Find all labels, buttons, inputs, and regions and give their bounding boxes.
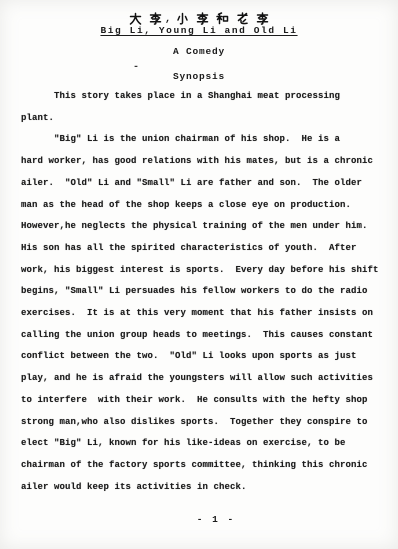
- hanzi-lao-glyph: [236, 12, 249, 25]
- body-line: hard worker, has good relations with his…: [21, 151, 380, 173]
- body-line: ailer would keep its activities in check…: [21, 477, 380, 499]
- body-line: elect "Big" Li, known for his like-ideas…: [21, 433, 380, 455]
- body-line: calling the union group heads to meeting…: [21, 325, 380, 347]
- body-line: "Big" Li is the union chairman of his sh…: [21, 129, 380, 151]
- chinese-comma: ,: [165, 15, 171, 25]
- hanzi-xiao-glyph: [176, 12, 189, 25]
- page-number: - 1 -: [0, 514, 398, 525]
- body-line: plant.: [21, 108, 380, 130]
- body-line: exercises. It is at this very moment tha…: [21, 303, 380, 325]
- body-line: However,he neglects the physical trainin…: [21, 216, 380, 238]
- hanzi-he-glyph: [216, 12, 229, 25]
- body-line: ailer. "Old" Li and "Small" Li are fathe…: [21, 173, 380, 195]
- body-line: begins, "Small" Li persuades his fellow …: [21, 281, 380, 303]
- section-heading: Synopsis: [0, 71, 398, 82]
- body-line: chairman of the factory sports committee…: [21, 455, 380, 477]
- hanzi-li-glyph: [256, 12, 269, 25]
- hanzi-li-glyph: [149, 12, 162, 25]
- document-subtitle: A Comedy: [0, 46, 398, 57]
- body-line: work, his biggest interest is sports. Ev…: [21, 260, 380, 282]
- body-line: conflict between the two. "Old" Li looks…: [21, 346, 380, 368]
- document-page: , Big Li, Young Li and Old Li A Comedy -…: [0, 0, 398, 549]
- synopsis-body: This story takes place in a Shanghai mea…: [21, 86, 380, 498]
- document-title: Big Li, Young Li and Old Li: [0, 25, 398, 36]
- body-line: man as the head of the shop keeps a clos…: [21, 195, 380, 217]
- chinese-title: ,: [0, 10, 398, 25]
- body-line: to interfere with their work. He consult…: [21, 390, 380, 412]
- hanzi-li-glyph: [196, 12, 209, 25]
- body-line: His son has all the spirited characteris…: [21, 238, 380, 260]
- body-line: This story takes place in a Shanghai mea…: [21, 86, 380, 108]
- body-line: play, and he is afraid the youngsters wi…: [21, 368, 380, 390]
- hanzi-da-glyph: [129, 12, 142, 25]
- body-line: strong man,who also dislikes sports. Tog…: [21, 412, 380, 434]
